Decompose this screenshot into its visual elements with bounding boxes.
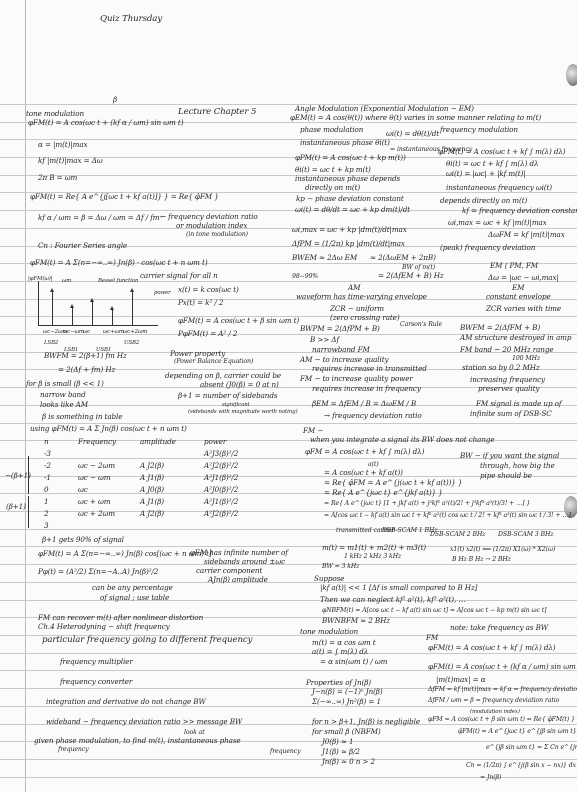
annotation: EM ⟨ PM, FM xyxy=(490,262,538,270)
annotation: absent (J0(β) = 0 at n) xyxy=(200,381,279,389)
annotation: phase modulation xyxy=(300,126,363,134)
annotation: B >> Δf xyxy=(310,336,339,344)
margin-line xyxy=(25,0,26,792)
equation: BWEM ≈ 2Δω EM xyxy=(292,254,357,262)
annotation: depends directly on m(t) xyxy=(440,197,527,205)
heading: FM − xyxy=(303,427,323,435)
annotation: (in tone modulation) xyxy=(186,231,248,239)
table-cell: A²J1(β)²/2 xyxy=(204,498,238,506)
annotation: constant envelope xyxy=(486,293,551,301)
annotation: kf = frequency deviation constant xyxy=(462,207,577,215)
equation: φFM(t) = A cos(ωc t + β sin ωm t) xyxy=(178,317,299,325)
annotation: instantaneous phase depends xyxy=(295,175,400,183)
table-cell: A J2(β) xyxy=(140,462,164,470)
annotation: Then we can neglect kf² a²(t), kf³ a³(t)… xyxy=(320,596,465,604)
annotation: 98−99% xyxy=(292,273,318,281)
annotation: infinite sum of DSB-SC xyxy=(470,410,552,418)
annotation: AM structure destroyed in amp xyxy=(460,334,571,342)
equation: x1(t) x2(t) ⟺ (1/2π) X1(ω) * X2(ω) xyxy=(450,546,555,554)
table-header: n xyxy=(44,438,49,446)
equation: kf |m(t)|max = Δω xyxy=(38,157,103,165)
equation: θi(t) = ωc t + kp m(t) xyxy=(295,166,371,174)
annotation: looks like AM xyxy=(40,401,88,409)
spectral-line xyxy=(112,309,113,325)
annotation: or modulation index xyxy=(176,222,247,230)
equation: φFM(t) = A Σ(n=−∞..∞) Jn(β) · cos(ωc t +… xyxy=(30,259,208,267)
ruled-line xyxy=(0,759,577,760)
tick-label: ωc−ωm xyxy=(63,328,84,336)
sideband-label: LSB2 xyxy=(44,339,58,347)
bracket-label: −(β+1) xyxy=(5,472,31,480)
table-cell: A J0(β) xyxy=(140,486,164,494)
annotation: BW − if you want the signal xyxy=(460,452,559,460)
bracket xyxy=(28,496,29,528)
annotation: (Power Balance Equation) xyxy=(174,358,253,366)
equation: φFM(t) = A cos(ωc t + (kf α / ωm) sin ωm… xyxy=(428,663,577,671)
annotation: Carson's Rule xyxy=(400,321,442,329)
ruled-line xyxy=(0,564,577,565)
equation: φ̂FM(t) = A e^{jωc t} e^{jβ sin ωm t} xyxy=(458,728,576,736)
table-cell: ωc + 2ωm xyxy=(78,510,115,518)
tick-label: ωc+2ωm xyxy=(123,328,147,336)
ruled-line xyxy=(0,104,577,105)
annotation: waveform has time-varying envelope xyxy=(296,293,427,301)
annotation: → frequency deviation ratio xyxy=(324,412,422,420)
annotation: frequency modulation xyxy=(440,126,518,134)
y-axis xyxy=(38,281,39,325)
annotation: 1 kHz 2 kHz 3 kHz xyxy=(344,553,401,561)
annotation: (zero crossing rate) xyxy=(330,314,400,322)
equation: J0(β) ≈ 1 xyxy=(322,738,353,746)
equation: ωi(t) = dθ/dt = ωc + kp dm(t)/dt xyxy=(295,206,410,214)
annotation: ZCR − uniform xyxy=(330,305,384,313)
table-cell: A²J2(β)²/2 xyxy=(204,510,238,518)
beta-label: β xyxy=(113,96,117,104)
equation: ΔfPM = (1/2π) kp |dm(t)/dt|max xyxy=(292,240,405,248)
note: given phase modulation, to find m(t), in… xyxy=(34,737,241,745)
ruled-line xyxy=(0,529,577,530)
equation: φFM(t) = A cos(ωc t + kf ∫ m(λ) dλ) xyxy=(428,644,556,652)
table-header: Frequency xyxy=(78,438,116,446)
annotation: depending on β, carrier could be xyxy=(165,372,281,380)
equation: x(t) = k cos(ωc t) xyxy=(178,286,239,294)
heading: tone modulation xyxy=(300,628,358,636)
ruled-line xyxy=(0,600,577,601)
equation: Δω = |ωc − ωi,max| xyxy=(488,274,559,282)
annotation: AJn(β) amplitude xyxy=(208,576,268,584)
equation: = α sin(ωm t) / ωm xyxy=(320,658,387,666)
table-cell: -3 xyxy=(44,450,51,458)
table-header: power xyxy=(204,438,226,446)
note: FM can recover m(t) after nonlinear dist… xyxy=(38,614,203,622)
equation: using φFM(t) = A Σ Jn(β) cos(ωc t + n ωm… xyxy=(30,425,187,433)
equation: φNBFM(t) ≈ A[cos ωc t − kf a(t) sin ωc t… xyxy=(322,607,546,615)
equation: = Re{ φ̂FM = A e^{j(ωc t + kf a(t))} } xyxy=(324,479,462,487)
equation: Cn : Fourier Series angle xyxy=(38,242,127,250)
notebook-page: Quiz Thursday Lecture Chapter 5 β tone m… xyxy=(0,0,577,792)
table-cell: A J1(β) xyxy=(140,498,164,506)
equation: φFM = A cos(ωc t + kf ∫ m(λ) dλ) xyxy=(305,448,424,456)
equation: α = |m(t)|max xyxy=(38,141,87,149)
equation: BWPM = 2(ΔfPM + B) xyxy=(300,325,380,333)
note: frequency multiplier xyxy=(60,658,133,666)
tick-label: ωc+ωm xyxy=(103,328,124,336)
annotation: DSB-SCAM 3 BHz xyxy=(498,531,553,539)
note: Ch.4 Heterodyning − shift frequency xyxy=(38,623,170,631)
equation: = Re{ A e^{jωc t} [1 + jkf a(t) + j²kf² … xyxy=(324,500,530,508)
annotation: kp − phase deviation constant xyxy=(296,195,404,203)
equation: |m(t)max| = α xyxy=(436,676,485,684)
table-cell: 1 xyxy=(44,498,48,506)
annotation: for β is small (β << 1) xyxy=(26,380,104,388)
equation: ωi,max = ωc + kf |m(t)|max xyxy=(448,219,547,227)
table-cell: A²J3(β)²/2 xyxy=(204,450,238,458)
annotation: β+1 gets 90% of signal xyxy=(42,536,124,544)
section-title: Angle Modulation (Exponential Modulation… xyxy=(295,105,474,113)
equation: ΔωFM = kf |m(t)|max xyxy=(488,231,565,239)
annotation: (peak) frequency deviation xyxy=(440,244,535,252)
table-header: amplitude xyxy=(140,438,176,446)
annotation: requires increase in frequency xyxy=(312,385,421,393)
equation: J1(β) ≈ β/2 xyxy=(322,748,360,756)
ruled-line xyxy=(0,228,577,229)
equation: φFM(t) = Re{ A e^{j[ωc t + kf a(t)]} } =… xyxy=(30,193,219,201)
equation: ≈ 2(ΔωEM + 2πB) xyxy=(370,254,436,262)
annotation: DSB-SCAM 2 BHz xyxy=(430,531,485,539)
note: integration and derivative do not change… xyxy=(46,698,206,706)
lecture-heading: Lecture Chapter 5 xyxy=(178,108,256,116)
note: particular frequency going to different … xyxy=(42,636,252,644)
equation: φPM(t) = A cos(ωc t + kp m(t)) xyxy=(295,154,406,162)
annotation: carrier component xyxy=(196,567,262,575)
equation: = A[cos ωc t − kf a(t) sin ωc t + kf² a²… xyxy=(324,512,571,520)
equation: 2π B = ωm xyxy=(38,174,77,182)
spectral-line xyxy=(92,301,93,325)
heading: Properties of Jn(β) xyxy=(306,679,371,687)
equation: ωi,max = ωc + kp |dm(t)/dt|max xyxy=(292,226,407,234)
annotation: φFM has infinite number of xyxy=(190,549,288,557)
equation: = Re{ A e^{jωc t} e^{jkf a(t)} } xyxy=(324,489,443,497)
table-cell: ωc xyxy=(78,486,88,494)
equation: Jn(β) ≈ 0 n > 2 xyxy=(322,758,375,766)
annotation: instantaneous frequency ωi(t) xyxy=(446,184,552,192)
annotation: ZCR varies with time xyxy=(486,305,561,313)
spectral-line xyxy=(132,291,133,325)
heading: AM xyxy=(348,284,360,292)
annotation: Power property xyxy=(170,350,225,358)
equation: ΔfFM = kf |m(t)|max = kf α = frequency d… xyxy=(428,686,577,694)
spectral-line xyxy=(52,291,53,325)
equation: BWFM = 2(β+1) fm Hz xyxy=(44,352,127,360)
annotation: instantaneous phase θi(t) xyxy=(300,139,390,147)
annotation: of signal ; use table xyxy=(100,594,169,602)
annotation: B Hz B Hz → 2 BHz xyxy=(452,556,511,564)
x-axis xyxy=(38,325,158,326)
table-cell: ωc − 2ωm xyxy=(78,462,115,470)
heading: EM xyxy=(512,284,524,292)
axis-label: Bessel function xyxy=(98,277,138,285)
annotation: narrow band xyxy=(40,391,86,399)
table-cell: A J1(β) xyxy=(140,474,164,482)
quiz-heading: Quiz Thursday xyxy=(100,15,162,23)
annotation: narrowband FM xyxy=(312,346,370,354)
tone-modulation-label: tone modulation xyxy=(26,110,84,118)
annotation: can be any percentage xyxy=(92,584,173,592)
annotation: FM − to increase quality power xyxy=(300,375,413,383)
annotation: when you integrate a signal its BW does … xyxy=(310,436,495,444)
equation: φEM(t) = A cos(θ(t)) where θ(t) varies i… xyxy=(290,114,541,122)
equation: BWFM = 2(ΔfFM + B) xyxy=(460,324,540,332)
annotation: FM band ~ 20 MHz range xyxy=(460,346,553,354)
note: frequency xyxy=(270,748,301,756)
annotation: note: take frequency as BW xyxy=(450,624,548,632)
equation: m(t) = α cos ωm t xyxy=(312,639,376,647)
annotation: station so by 0.2 MHz xyxy=(462,364,540,372)
equation: φFM(t) = A Σ(n=−∞..∞) Jn(β) cos[(ωc + n … xyxy=(38,550,212,558)
ruled-line xyxy=(0,582,577,583)
punch-hole xyxy=(566,64,577,86)
annotation: requires increase in transmitted xyxy=(312,365,427,373)
table-cell: ωc + ωm xyxy=(78,498,110,506)
equation: φFM(t) = A cos(ωc t + (kf α / ωm) sin ωm… xyxy=(28,119,183,127)
annotation: β+1 = number of sidebands xyxy=(178,392,277,400)
equation: Px(t) = k² / 2 xyxy=(178,299,223,307)
equation: φFM = A cos(ωc t + β sin ωm t) = Re{ φ̂F… xyxy=(428,716,575,724)
axis-label: ωm xyxy=(62,277,71,285)
equation: θi(t) = ωc t + kf ∫ m(λ) dλ xyxy=(446,160,538,168)
table-cell: 0 xyxy=(44,486,48,494)
equation: φFM(t) = A cos(ωc t + kf ∫ m(λ) dλ) xyxy=(438,148,566,156)
annotation: Suppose xyxy=(314,575,344,583)
table-cell: 3 xyxy=(44,522,48,530)
spectral-line xyxy=(72,307,73,325)
equation: PφFM(t) = A² / 2 xyxy=(178,330,237,338)
equation: Pφ(t) = (A²/2) Σ(n=−A..A) Jn(β)²/2 xyxy=(38,568,158,576)
annotation: (sidebands with magnitude worth noting) xyxy=(188,408,297,416)
axis-label: |φFM(ω)| xyxy=(28,275,52,283)
annotation: (modulation index) xyxy=(470,708,520,716)
sideband-label: USB2 xyxy=(124,339,139,347)
table-cell: A J2(β) xyxy=(140,510,164,518)
table-cell: 2 xyxy=(44,510,48,518)
ruled-line xyxy=(0,706,577,707)
annotation: pipe should be xyxy=(480,472,532,480)
annotation: sidebands around ±ωc xyxy=(204,558,285,566)
annotation: BW = 3 kHz xyxy=(322,563,359,571)
annotation: increasing frequency xyxy=(470,376,545,384)
equation: BWNBFM ≈ 2 BHz xyxy=(322,617,390,625)
ruled-line xyxy=(0,653,577,654)
equation: m(t) = m1(t) + m2(t) + m3(t) xyxy=(322,544,426,552)
equation: |kf a(t)| << 1 [Δf is small compared to … xyxy=(320,584,477,592)
annotation: preserves quality xyxy=(478,385,539,393)
annotation: 100 MHz xyxy=(512,355,540,363)
note: frequency converter xyxy=(60,678,132,686)
equation: ΔfFM / ωm = β = frequency deviation rati… xyxy=(428,697,559,705)
equation: Cn = (1/2π) ∫ e^{j(β sin x − nx)} dx xyxy=(466,762,576,770)
equation: a(t) = ∫ m(λ) dλ xyxy=(312,648,368,656)
annotation: through, how big the xyxy=(480,462,555,470)
table-cell: A²J2(β)²/2 xyxy=(204,462,238,470)
table-cell: -2 xyxy=(44,462,51,470)
annotation: ← frequency deviation ratio xyxy=(160,213,258,221)
table-cell: A²J1(β)²/2 xyxy=(204,474,238,482)
bracket-label: (β+1) xyxy=(6,503,26,511)
table-cell: ωc − ωm xyxy=(78,474,110,482)
equation: = A cos(ωc t + kf a(t)) xyxy=(324,469,403,477)
equation: e^{jβ sin ωm t} = Σ Cn e^{jnωm t} xyxy=(486,744,577,752)
annotation: directly on m(t) xyxy=(305,184,360,192)
equation: ωi(t) = |ωc| + |kf m(t)| xyxy=(446,170,526,178)
annotation: FM signal is made up of xyxy=(476,400,561,408)
axis-label: power xyxy=(154,289,171,297)
spectrum-sketch: |φFM(ω)| ωm Bessel function power ωc−2ωm… xyxy=(30,275,170,345)
equation: J−n(β) = (−1)ⁿ Jn(β) xyxy=(312,688,383,696)
equation: ωi(t) = dθ(t)/dt xyxy=(386,130,439,138)
equation: βEM = ΔfEM / B = ΔωEM / B xyxy=(312,400,416,408)
equation: Σ(−∞..∞) Jn²(β) = 1 xyxy=(312,698,381,706)
heading: FM xyxy=(426,634,438,642)
equation: kf α / ωm = β = Δω / ωm = Δf / fm xyxy=(38,214,160,222)
annotation: β is something in table xyxy=(42,413,122,421)
table-cell: -1 xyxy=(44,474,51,482)
equation: for small β (NBFM) xyxy=(312,728,381,736)
annotation: AM − to increase quality xyxy=(300,356,388,364)
tick-label: ωc xyxy=(83,328,90,336)
note: wideband − frequency deviation ratio >> … xyxy=(46,718,242,726)
note: frequency xyxy=(58,746,89,754)
equation: = Jn(β) xyxy=(480,774,501,782)
equation: = 2(Δf + fm) Hz xyxy=(58,366,115,374)
table-cell: A²J0(β)²/2 xyxy=(204,486,238,494)
equation: for n > β+1, Jn(β) is negligible xyxy=(312,718,420,726)
equation: = 2(ΔfEM + B) Hz xyxy=(378,272,444,280)
